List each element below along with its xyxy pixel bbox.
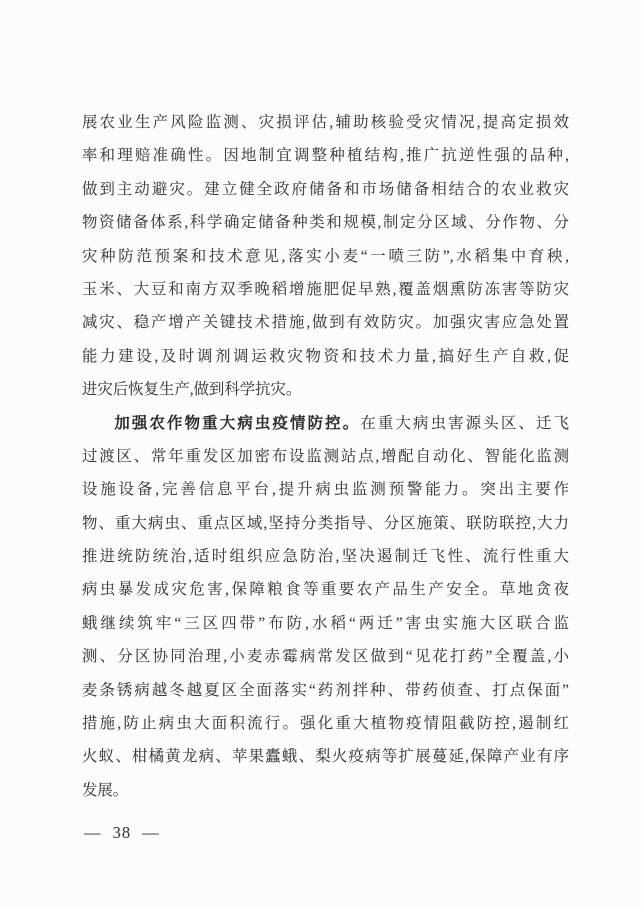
page-number: — 38 — — [84, 820, 160, 846]
text-run: 在重大病虫害源头区、迁飞 — [360, 415, 569, 432]
text-line: 能力建设,及时调剂调运救灾物资和技术力量,搞好生产自救,促 — [82, 340, 569, 373]
text-line: 物、重大病虫、重点区域,坚持分类指导、分区施策、联防联控,大力 — [82, 507, 569, 540]
text-line: 做到主动避灾。建立健全政府储备和市场储备相结合的农业救灾 — [82, 173, 569, 206]
text-line: 蛾继续筑牢“三区四带”布防,水稻“两迁”害虫实施大区联合监 — [82, 607, 569, 640]
body-text: 展农业生产风险监测、灾损评估,辅助核验受灾情况,提高定损效 率和理赔准确性。因地… — [82, 106, 569, 807]
text-line: 推进统防统治,适时组织应急防治,坚决遏制迁飞性、流行性重大 — [82, 540, 569, 573]
text-line: 展农业生产风险监测、灾损评估,辅助核验受灾情况,提高定损效 — [82, 106, 569, 139]
text-line: 减灾、稳产增产关键技术措施,做到有效防灾。加强灾害应急处置 — [82, 306, 569, 339]
paragraph-2: 加强农作物重大病虫疫情防控。在重大病虫害源头区、迁飞 过渡区、常年重发区加密布设… — [82, 407, 569, 808]
text-line: 测、分区协同治理,小麦赤霉病常发区做到“见花打药”全覆盖,小 — [82, 640, 569, 673]
text-line: 病虫暴发成灾危害,保障粮食等重要农产品生产安全。草地贪夜 — [82, 573, 569, 606]
text-line: 措施,防止病虫大面积流行。强化重大植物疫情阻截防控,遏制红 — [82, 707, 569, 740]
text-line: 玉米、大豆和南方双季晚稻增施肥促早熟,覆盖烟熏防冻害等防灾 — [82, 273, 569, 306]
document-page: 展农业生产风险监测、灾损评估,辅助核验受灾情况,提高定损效 率和理赔准确性。因地… — [0, 0, 641, 907]
paragraph-1: 展农业生产风险监测、灾损评估,辅助核验受灾情况,提高定损效 率和理赔准确性。因地… — [82, 106, 569, 407]
text-line: 加强农作物重大病虫疫情防控。在重大病虫害源头区、迁飞 — [82, 407, 569, 440]
text-line: 设施设备,完善信息平台,提升病虫监测预警能力。突出主要作 — [82, 473, 569, 506]
text-line: 灾种防范预案和技术意见,落实小麦“一喷三防”,水稻集中育秧, — [82, 240, 569, 273]
text-line: 麦条锈病越冬越夏区全面落实“药剂拌种、带药侦查、打点保面” — [82, 674, 569, 707]
text-line: 过渡区、常年重发区加密布设监测站点,增配自动化、智能化监测 — [82, 440, 569, 473]
text-line: 发展。 — [82, 774, 569, 807]
text-line: 进灾后恢复生产,做到科学抗灾。 — [82, 373, 569, 406]
text-line: 率和理赔准确性。因地制宜调整种植结构,推广抗逆性强的品种, — [82, 139, 569, 172]
paragraph-lead-bold: 加强农作物重大病虫疫情防控。 — [114, 415, 360, 432]
text-line: 物资储备体系,科学确定储备种类和规模,制定分区域、分作物、分 — [82, 206, 569, 239]
text-line: 火蚁、柑橘黄龙病、苹果蠹蛾、梨火疫病等扩展蔓延,保障产业有序 — [82, 740, 569, 773]
